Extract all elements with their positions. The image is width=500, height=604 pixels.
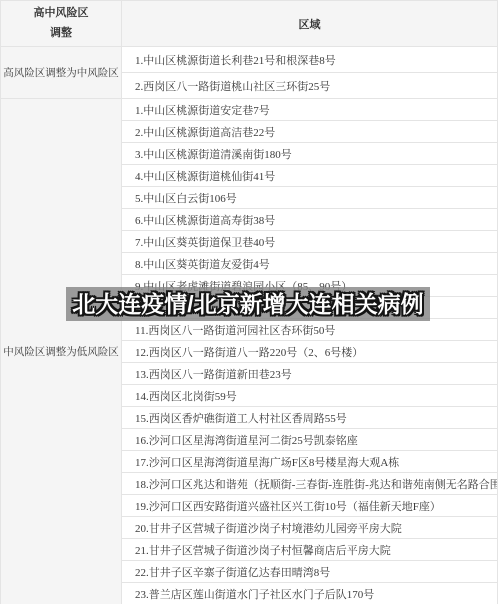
area-cell-text: 22.甘井子区辛寨子街道亿达春田晴湾8号: [122, 561, 498, 583]
section-label: 中风险区调整为低风险区: [1, 99, 122, 604]
area-cell-text: 20.甘井子区营城子街道沙岗子村境港幼儿园旁平房大院: [122, 517, 498, 539]
header-cell-adjustment: 高中风险区 调整: [1, 1, 122, 47]
area-cell-text: 7.中山区葵英街道保卫巷40号: [122, 231, 498, 253]
news-title-banner: 北大连疫情/北京新增大连相关病例: [66, 287, 430, 321]
header-adjustment-line1: 高中风险区: [2, 8, 120, 19]
area-cell-text: 2.西岗区八一路街道桃山社区三环街25号: [122, 73, 498, 99]
table-header-row: 高中风险区 调整 区域: [1, 1, 498, 47]
area-cell-text: 3.中山区桃源街道清溪南街180号: [122, 143, 498, 165]
area-cell-text: 18.沙河口区兆达和谐苑（抚顺街-三春街-连胜街-兆达和谐苑南侧无名路合围区域）: [122, 473, 498, 495]
area-cell-text: 1.中山区桃源街道长利巷21号和根深巷8号: [122, 47, 498, 73]
area-cell-text: 2.中山区桃源街道高洁巷22号: [122, 121, 498, 143]
table-row: 高风险区调整为中风险区1.中山区桃源街道长利巷21号和根深巷8号: [1, 47, 498, 73]
section-label: 高风险区调整为中风险区: [1, 47, 122, 99]
area-cell-text: 23.普兰店区莲山街道水门子社区水门子后队170号: [122, 583, 498, 604]
area-cell-text: 15.西岗区香炉礁街道工人村社区香周路55号: [122, 407, 498, 429]
area-cell-text: 4.中山区桃源街道桃仙街41号: [122, 165, 498, 187]
area-cell-text: 21.甘井子区营城子街道沙岗子村恒馨商店后平房大院: [122, 539, 498, 561]
screenshot-page: 高中风险区 调整 区域 高风险区调整为中风险区1.中山区桃源街道长利巷21号和根…: [0, 0, 500, 604]
area-cell-text: 8.中山区葵英街道友爱街4号: [122, 253, 498, 275]
area-cell-text: 6.中山区桃源街道高寿街38号: [122, 209, 498, 231]
table-row: 中风险区调整为低风险区1.中山区桃源街道安定巷7号: [1, 99, 498, 121]
area-cell-text: 17.沙河口区星海湾街道星海广场F区8号楼星海大观A栋: [122, 451, 498, 473]
area-cell-text: 11.西岗区八一路街道河园社区杏环街50号: [122, 319, 498, 341]
area-cell-text: 13.西岗区八一路街道新田巷23号: [122, 363, 498, 385]
news-title-text: 北大连疫情/北京新增大连相关病例: [72, 293, 423, 316]
area-cell-text: 5.中山区白云街106号: [122, 187, 498, 209]
area-cell-text: 1.中山区桃源街道安定巷7号: [122, 99, 498, 121]
area-cell-text: 12.西岗区八一路街道八一路220号（2、6号楼）: [122, 341, 498, 363]
header-adjustment-line2: 调整: [2, 28, 120, 39]
header-cell-area: 区域: [122, 1, 498, 47]
area-cell-text: 14.西岗区北岗街59号: [122, 385, 498, 407]
area-cell-text: 19.沙河口区西安路街道兴盛社区兴工街10号（福佳新天地F座）: [122, 495, 498, 517]
area-cell-text: 16.沙河口区星海湾街道星河二街25号凯泰铭座: [122, 429, 498, 451]
